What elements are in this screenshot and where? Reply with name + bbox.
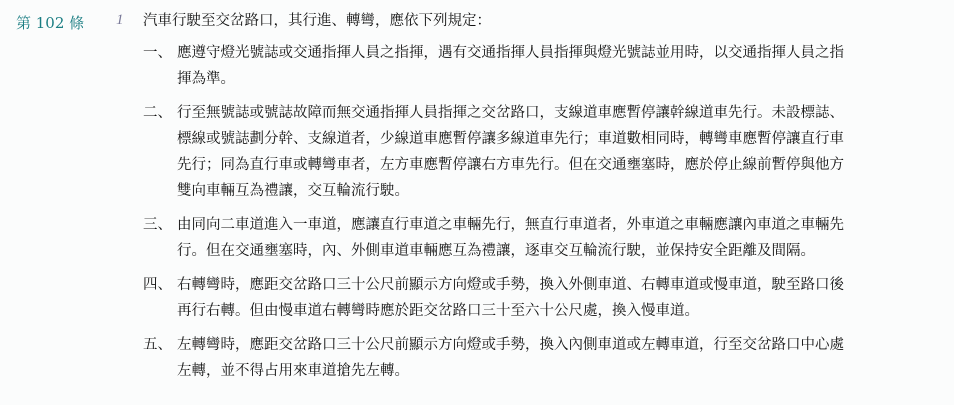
item-line: 由同向二車道進入一車道，應讓直行車道之車輛先行，無直行車道者，外車道之車輛應讓內… [177, 212, 933, 238]
item-text: 由同向二車道進入一車道，應讓直行車道之車輛先行，無直行車道者，外車道之車輛應讓內… [177, 212, 933, 264]
item-marker: 一、 [143, 40, 177, 92]
item-marker: 二、 [143, 100, 177, 204]
item-marker: 四、 [143, 272, 177, 324]
item-line: 行至無號誌或號誌故障而無交通指揮人員指揮之交岔路口，支線道車應暫停讓幹線道車先行… [177, 100, 933, 126]
item-text: 行至無號誌或號誌故障而無交通指揮人員指揮之交岔路口，支線道車應暫停讓幹線道車先行… [177, 100, 933, 204]
item-line: 先行；同為直行車或轉彎車者，左方車應暫停讓右方車先行。但在交通壅塞時，應於停止線… [177, 152, 933, 178]
item-line: 右轉彎時，應距交岔路口三十公尺前顯示方向燈或手勢，換入外側車道、右轉車道或慢車道… [177, 272, 933, 298]
list-item: 三、 由同向二車道進入一車道，應讓直行車道之車輛先行，無直行車道者，外車道之車輛… [143, 212, 933, 264]
list-item: 一、 應遵守燈光號誌或交通指揮人員之指揮，遇有交通指揮人員指揮與燈光號誌並用時，… [143, 40, 933, 92]
paragraph-number: 1 [116, 12, 124, 29]
item-line: 左轉彎時，應距交岔路口三十公尺前顯示方向燈或手勢，換入內側車道或左轉車道，行至交… [177, 332, 933, 358]
list-item: 二、 行至無號誌或號誌故障而無交通指揮人員指揮之交岔路口，支線道車應暫停讓幹線道… [143, 100, 933, 204]
item-line: 標線或號誌劃分幹、支線道者，少線道車應暫停讓多線道車先行；車道數相同時，轉彎車應… [177, 126, 933, 152]
item-line: 應遵守燈光號誌或交通指揮人員之指揮，遇有交通指揮人員指揮與燈光號誌並用時，以交通… [177, 40, 933, 66]
paragraph-intro: 汽車行駛至交岔路口，其行進、轉彎，應依下列規定： [143, 11, 491, 31]
item-text: 左轉彎時，應距交岔路口三十公尺前顯示方向燈或手勢，換入內側車道或左轉車道，行至交… [177, 332, 933, 384]
item-line: 再行右轉。但由慢車道右轉彎時應於距交岔路口三十至六十公尺處，換入慢車道。 [177, 298, 933, 324]
article-number[interactable]: 第 102 條 [16, 12, 84, 33]
item-marker: 三、 [143, 212, 177, 264]
item-line: 行。但在交通壅塞時，內、外側車道車輛應互為禮讓，逐車交互輪流行駛，並保持安全距離… [177, 238, 933, 264]
item-text: 右轉彎時，應距交岔路口三十公尺前顯示方向燈或手勢，換入外側車道、右轉車道或慢車道… [177, 272, 933, 324]
item-line: 雙向車輛互為禮讓，交互輪流行駛。 [177, 178, 933, 204]
item-line: 左轉，並不得占用來車道搶先左轉。 [177, 358, 933, 384]
item-marker: 五、 [143, 332, 177, 384]
item-text: 應遵守燈光號誌或交通指揮人員之指揮，遇有交通指揮人員指揮與燈光號誌並用時，以交通… [177, 40, 933, 92]
law-article: 第 102 條 1 汽車行駛至交岔路口，其行進、轉彎，應依下列規定： 一、 應遵… [0, 0, 954, 405]
item-list: 一、 應遵守燈光號誌或交通指揮人員之指揮，遇有交通指揮人員指揮與燈光號誌並用時，… [143, 40, 933, 392]
item-line: 揮為準。 [177, 66, 933, 92]
list-item: 四、 右轉彎時，應距交岔路口三十公尺前顯示方向燈或手勢，換入外側車道、右轉車道或… [143, 272, 933, 324]
list-item: 五、 左轉彎時，應距交岔路口三十公尺前顯示方向燈或手勢，換入內側車道或左轉車道，… [143, 332, 933, 384]
